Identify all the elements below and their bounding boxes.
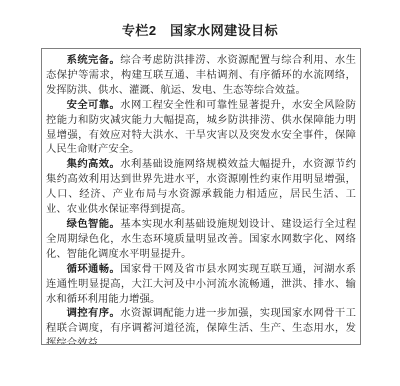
goal-lead: 集约高效。 [67,159,121,170]
goal-paragraph: 安全可靠。水网工程安全性和可靠性显著提升，水安全风险防控能力和防灾减灾能力大幅提… [46,99,356,159]
callout-box: 系统完备。综合考虑防洪排涝、水资源配置与综合利用、水生态保护等需求，构建互联互通… [41,48,361,345]
goal-lead: 循环通畅。 [67,264,121,275]
goal-lead: 安全可靠。 [67,100,121,111]
goal-lead: 系统完备。 [67,55,121,66]
page-title: 专栏2 国家水网建设目标 [0,23,400,38]
goal-paragraph: 绿色智能。基本实现水利基础设施规划设计、建设运行全过程全周期绿色化，水生态环境质… [46,218,356,263]
goal-paragraph: 循环通畅。国家骨干网及省市县水网实现互联互通，河湖水系连通性明显提高，大江大河及… [46,263,356,308]
goal-lead: 调控有序。 [67,308,121,319]
goal-paragraph: 集约高效。水利基础设施网络规模效益大幅提升，水资源节约集约高效利用达到世界先进水… [46,158,356,218]
goal-paragraph: 系统完备。综合考虑防洪排涝、水资源配置与综合利用、水生态保护等需求，构建互联互通… [46,54,356,99]
goal-lead: 绿色智能。 [67,219,121,230]
goal-paragraph: 调控有序。水资源调配能力进一步加强，实现国家水网骨干工程联合调度，有序调蓄河道径… [46,307,356,345]
